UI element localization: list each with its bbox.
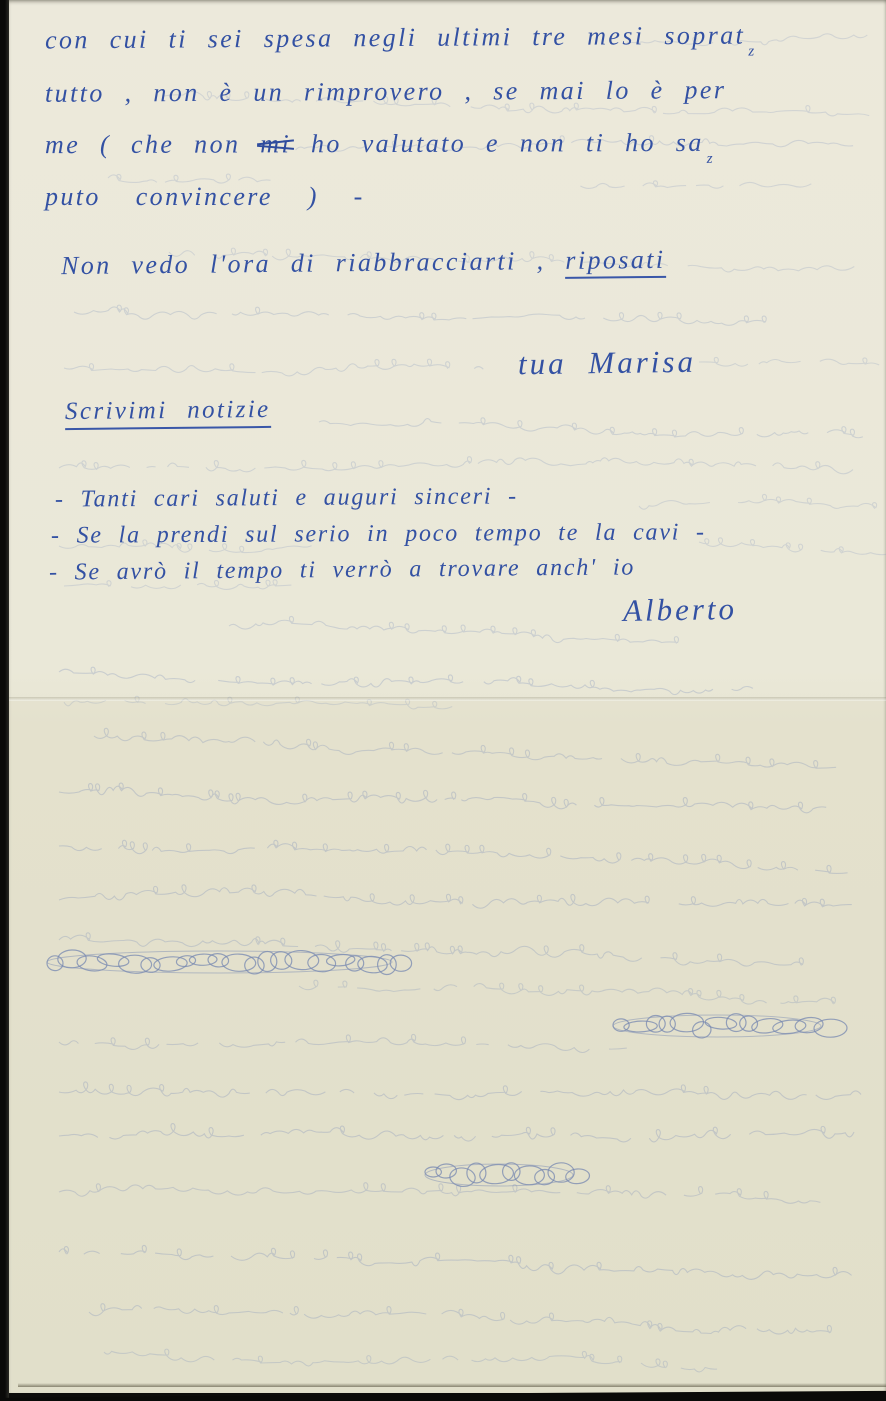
paper-bottom-edge-shadow [18,1383,886,1387]
ps-line-2-text: - Se la prendi sul serio in poco tempo t… [51,519,706,548]
struck-out-word: mi [260,131,291,157]
ps-heading-text: Scrivimi notizie [65,397,271,430]
body-line-3-post: ho valutato e non ti ho sa [291,128,704,158]
scan-edge-left [0,0,9,1401]
signature-alberto-text: Alberto [623,591,738,628]
ps-heading: Scrivimi notizie [65,398,271,429]
signature-marisa-text: tua Marisa [518,344,696,381]
signature-marisa: tua Marisa [518,346,696,379]
line-break-mark: z [707,151,713,167]
body-line-3-pre: me ( che non [45,129,260,159]
ps-line-1: - Tanti cari saluti e auguri sinceri - [55,484,518,511]
closing-text: Non vedo l'ora di riabbracciarti , [61,246,566,280]
signature-alberto: Alberto [623,593,738,626]
ps-line-3: - Se avrò il tempo ti verrò a trovare an… [49,555,635,584]
fold-crease [9,697,886,701]
body-line-2-text: tutto , non è un rimprovero , se mai lo … [45,75,726,108]
body-line-2: tutto , non è un rimprovero , se mai lo … [45,77,726,107]
body-line-4-text: puto convincere ) - [45,182,365,211]
ps-line-2: - Se la prendi sul serio in poco tempo t… [51,520,706,547]
body-line-1: con cui ti sei spesa negli ultimi tre me… [45,23,751,54]
body-line-4: puto convincere ) - [45,184,365,210]
closing-line: Non vedo l'ora di riabbracciarti , ripos… [61,247,666,284]
body-line-3: me ( che non mi ho valutato e non ti ho … [45,130,710,158]
closing-underlined-word: riposati [565,247,665,279]
ps-line-3-text: - Se avrò il tempo ti verrò a trovare an… [49,554,635,585]
ps-line-1-text: - Tanti cari saluti e auguri sinceri - [55,483,518,512]
line-break-mark: z [748,44,754,60]
body-line-1-text: con cui ti sei spesa negli ultimi tre me… [45,21,745,55]
letter-paper: con cui ti sei spesa negli ultimi tre me… [9,0,886,1393]
lower-paper-tint [9,701,886,1393]
